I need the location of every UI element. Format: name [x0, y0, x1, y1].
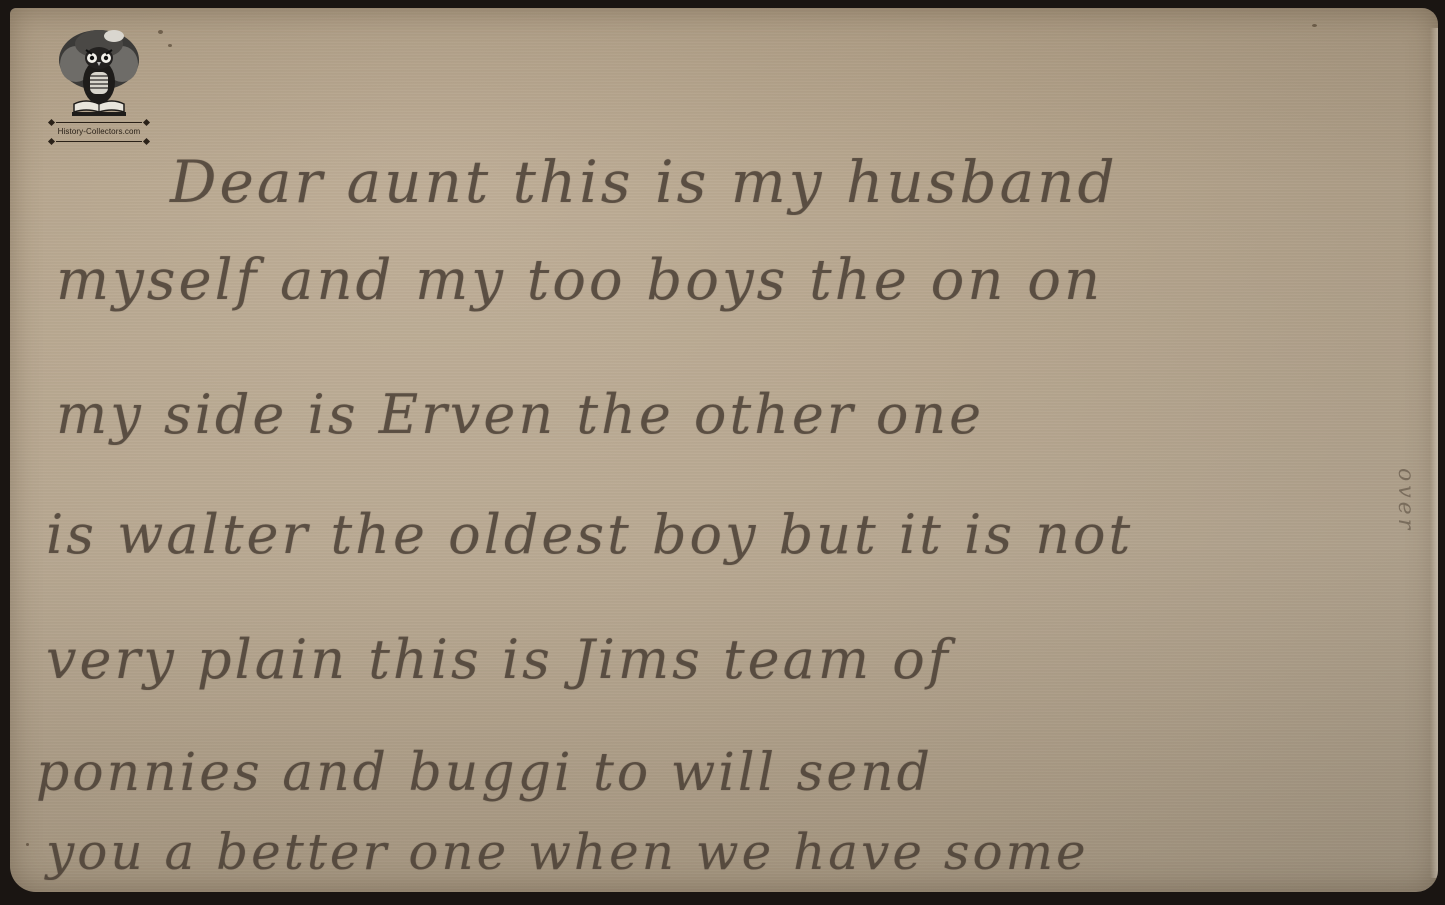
- history-collectors-watermark: History-Collectors.com: [44, 26, 154, 156]
- letter-line: my side is Erven the other one: [56, 383, 984, 446]
- owl-on-book-icon: [56, 26, 142, 118]
- letter-line: is walter the oldest boy but it is not: [46, 503, 1133, 566]
- letter-line: Dear aunt this is my husband: [170, 148, 1118, 216]
- ornament-divider-bottom: [49, 137, 149, 145]
- letter-line: you a better one when we have some: [46, 823, 1089, 881]
- photo-frame: History-Collectors.com Dear aunt this is…: [0, 0, 1445, 905]
- watermark-site-label: History-Collectors.com: [58, 127, 141, 136]
- ornament-divider-top: [49, 118, 149, 126]
- letter-line: ponnies and buggi to will send: [36, 743, 933, 803]
- margin-note: over: [1393, 468, 1418, 533]
- handwritten-letter: Dear aunt this is my husband myself and …: [10, 8, 1438, 892]
- letter-line: myself and my too boys the on on: [56, 248, 1103, 313]
- postcard: History-Collectors.com Dear aunt this is…: [10, 8, 1438, 892]
- letter-line: very plain this is Jims team of: [46, 628, 951, 691]
